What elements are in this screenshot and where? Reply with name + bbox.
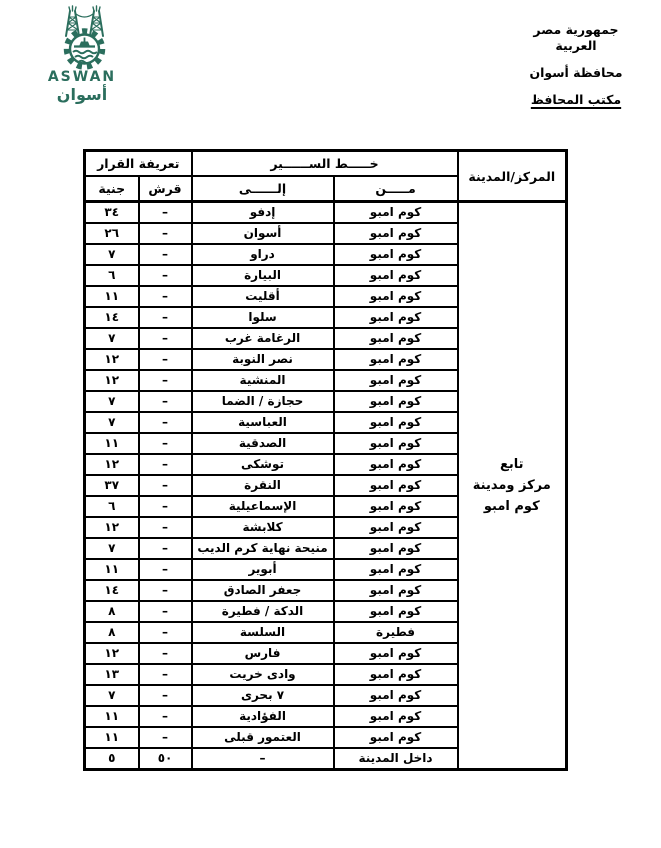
to-cell: أقليت [192,286,334,307]
center-city-label-line: كوم امبو [462,496,563,517]
geneh-cell: ٨ [85,622,139,643]
to-cell: توشكى [192,454,334,475]
geneh-cell: ١٣ [85,664,139,685]
from-cell: كوم امبو [334,349,458,370]
letterhead-country: جمهورية مصر العربية [515,22,637,54]
qirsh-cell: – [139,412,192,433]
to-cell: البيارة [192,265,334,286]
from-cell: كوم امبو [334,664,458,685]
letterhead-governorate: محافظة أسوان [515,65,637,81]
from-cell: كوم امبو [334,202,458,224]
to-cell: المنشية [192,370,334,391]
from-cell: كوم امبو [334,244,458,265]
geneh-cell: ٢٦ [85,223,139,244]
to-cell: – [192,748,334,770]
from-cell: كوم امبو [334,370,458,391]
to-cell: العباسية [192,412,334,433]
qirsh-cell: – [139,727,192,748]
to-cell: ٧ بحرى [192,685,334,706]
qirsh-cell: – [139,643,192,664]
to-cell: أسوان [192,223,334,244]
qirsh-cell: – [139,265,192,286]
qirsh-cell: – [139,706,192,727]
qirsh-cell: – [139,349,192,370]
header-center-city: المركز/المدينة [458,151,567,202]
geneh-cell: ٥ [85,748,139,770]
logo-arabic-text: أسوان [26,85,138,104]
from-cell: كوم امبو [334,412,458,433]
from-cell: كوم امبو [334,454,458,475]
letterhead-office: مكتب المحافظ [515,92,637,108]
header-route: خـــــط الســــــير [192,151,458,177]
document-page: ASWAN أسوان جمهورية مصر العربية محافظة أ… [0,0,661,848]
qirsh-cell: – [139,223,192,244]
from-cell: كوم امبو [334,685,458,706]
to-cell: وادى خريت [192,664,334,685]
geneh-cell: ١١ [85,433,139,454]
qirsh-cell: – [139,685,192,706]
qirsh-cell: – [139,664,192,685]
qirsh-cell: – [139,202,192,224]
geneh-cell: ١٢ [85,349,139,370]
to-cell: نصر النوبة [192,349,334,370]
from-cell: كوم امبو [334,706,458,727]
header-tariff: تعريفة القرار [85,151,192,177]
to-cell: الدكة / فطيرة [192,601,334,622]
from-cell: كوم امبو [334,391,458,412]
from-cell: كوم امبو [334,727,458,748]
geneh-cell: ٦ [85,265,139,286]
geneh-cell: ١١ [85,706,139,727]
qirsh-cell: – [139,433,192,454]
geneh-cell: ١٢ [85,454,139,475]
geneh-cell: ١٢ [85,517,139,538]
geneh-cell: ٧ [85,328,139,349]
geneh-cell: ٧ [85,244,139,265]
geneh-cell: ١٤ [85,580,139,601]
to-cell: النقرة [192,475,334,496]
header-qirsh: قرش [139,176,192,202]
header-from: مـــــن [334,176,458,202]
from-cell: كوم امبو [334,538,458,559]
header-row-main: المركز/المدينة خـــــط الســــــير تعريف… [85,151,567,177]
fare-table-body: تابعمركز ومدينةكوم امبوكوم امبوإدفو–٣٤كو… [85,202,567,770]
qirsh-cell: ٥٠ [139,748,192,770]
from-cell: فطيرة [334,622,458,643]
from-cell: كوم امبو [334,433,458,454]
qirsh-cell: – [139,454,192,475]
to-cell: إدفو [192,202,334,224]
to-cell: جعفر الصادق [192,580,334,601]
letterhead: جمهورية مصر العربية محافظة أسوان مكتب ال… [515,22,637,119]
from-cell: كوم امبو [334,643,458,664]
fare-table: المركز/المدينة خـــــط الســــــير تعريف… [83,149,568,771]
qirsh-cell: – [139,391,192,412]
geneh-cell: ٧ [85,538,139,559]
from-cell: كوم امبو [334,307,458,328]
geneh-cell: ٧ [85,391,139,412]
from-cell: كوم امبو [334,580,458,601]
geneh-cell: ٣٧ [85,475,139,496]
from-cell: كوم امبو [334,475,458,496]
aswan-logo: ASWAN أسوان [26,4,138,104]
qirsh-cell: – [139,328,192,349]
to-cell: الرغامة غرب [192,328,334,349]
to-cell: سلوا [192,307,334,328]
geneh-cell: ٦ [85,496,139,517]
geneh-cell: ١٢ [85,643,139,664]
qirsh-cell: – [139,601,192,622]
center-city-cell: تابعمركز ومدينةكوم امبو [458,202,567,770]
qirsh-cell: – [139,286,192,307]
geneh-cell: ١٤ [85,307,139,328]
from-cell: كوم امبو [334,601,458,622]
from-cell: كوم امبو [334,559,458,580]
geneh-cell: ٧ [85,412,139,433]
geneh-cell: ١٢ [85,370,139,391]
from-cell: كوم امبو [334,328,458,349]
to-cell: السلسة [192,622,334,643]
to-cell: الصدقية [192,433,334,454]
to-cell: الفؤادية [192,706,334,727]
to-cell: كلابشة [192,517,334,538]
qirsh-cell: – [139,538,192,559]
from-cell: داخل المدينة [334,748,458,770]
qirsh-cell: – [139,496,192,517]
aswan-emblem-icon [30,4,134,70]
fare-row: تابعمركز ومدينةكوم امبوكوم امبوإدفو–٣٤ [85,202,567,224]
geneh-cell: ٨ [85,601,139,622]
from-cell: كوم امبو [334,496,458,517]
geneh-cell: ٧ [85,685,139,706]
geneh-cell: ٣٤ [85,202,139,224]
to-cell: أبوير [192,559,334,580]
qirsh-cell: – [139,622,192,643]
from-cell: كوم امبو [334,286,458,307]
from-cell: كوم امبو [334,517,458,538]
qirsh-cell: – [139,580,192,601]
qirsh-cell: – [139,307,192,328]
qirsh-cell: – [139,517,192,538]
to-cell: العتمور قبلى [192,727,334,748]
logo-latin-text: ASWAN [26,70,138,85]
geneh-cell: ١١ [85,727,139,748]
to-cell: منيحة نهاية كرم الديب [192,538,334,559]
qirsh-cell: – [139,475,192,496]
to-cell: حجازة / الضما [192,391,334,412]
to-cell: فارس [192,643,334,664]
center-city-label-line: تابع [462,454,563,475]
from-cell: كوم امبو [334,265,458,286]
header-to: إلــــــى [192,176,334,202]
to-cell: الإسماعيلية [192,496,334,517]
qirsh-cell: – [139,244,192,265]
from-cell: كوم امبو [334,223,458,244]
qirsh-cell: – [139,559,192,580]
geneh-cell: ١١ [85,559,139,580]
qirsh-cell: – [139,370,192,391]
header-geneh: جنية [85,176,139,202]
to-cell: دراو [192,244,334,265]
geneh-cell: ١١ [85,286,139,307]
center-city-label-line: مركز ومدينة [462,475,563,496]
